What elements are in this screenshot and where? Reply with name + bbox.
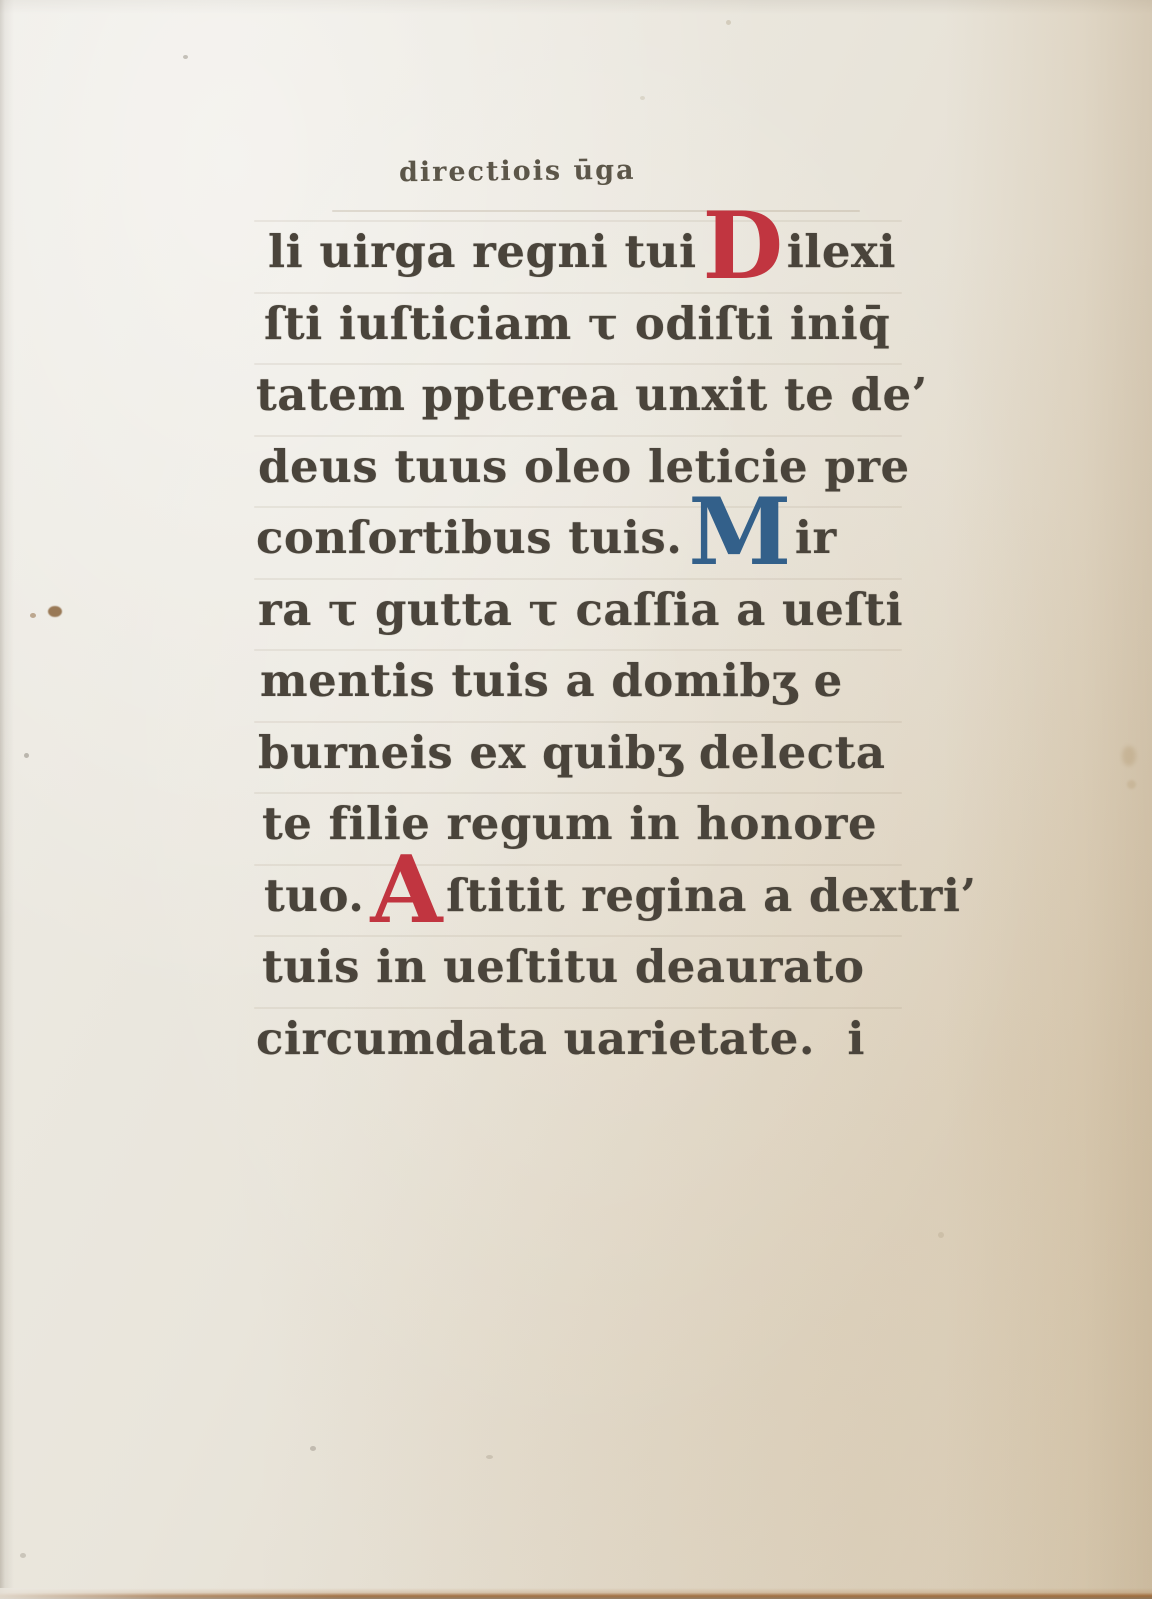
text-line: conſortibus tuis.Mir (256, 508, 837, 580)
stain (1127, 780, 1136, 789)
text-line: circumdata uarietate. i (256, 1009, 865, 1081)
manuscript-photo: directiois ūga li uirga regni tuiDilexiſ… (0, 0, 1152, 1599)
stain (310, 1446, 316, 1451)
text-segment: ſtitit regina a dextri’ (446, 869, 977, 922)
text-line: tuo.Aſtitit regina a dextri’ (264, 866, 977, 938)
illuminated-initial-a: A (370, 835, 443, 944)
text-segment: ra τ gutta τ caſſia a ueſti (258, 583, 903, 636)
text-segment: te filie regum in honore (262, 797, 877, 850)
stain (183, 55, 188, 59)
text-segment: tuis in ueſtitu deaurato (262, 940, 864, 993)
text-line: tatem ppterea unxit te de’ (256, 365, 928, 437)
text-segment: circumdata uarietate. i (256, 1012, 865, 1065)
text-segment: ir (795, 511, 837, 564)
text-line: mentis tuis a domibʒ e (260, 651, 843, 723)
text-line: burneis ex quibʒ delecta (258, 723, 886, 795)
text-segment: deus tuus oleo leticie pre (258, 440, 910, 493)
leaf-bottom-edge (0, 1588, 1152, 1599)
illuminated-initial-m: M (688, 477, 791, 586)
text-segment: li uirga regni tui (268, 225, 697, 278)
stain (30, 613, 36, 618)
stain (726, 20, 731, 25)
text-line: te filie regum in honore (262, 794, 877, 866)
header-annotation: directiois ūga (399, 155, 636, 188)
text-segment: tuo. (264, 869, 364, 922)
text-segment: mentis tuis a domibʒ e (260, 654, 843, 707)
stain (1122, 746, 1136, 766)
text-line: tuis in ueſtitu deaurato (262, 937, 864, 1009)
stain (20, 1553, 26, 1558)
stain (486, 1455, 493, 1459)
text-segment: ilexi (787, 225, 896, 278)
stain (640, 96, 645, 100)
text-segment: burneis ex quibʒ delecta (258, 726, 886, 779)
parchment-leaf: directiois ūga li uirga regni tuiDilexiſ… (0, 0, 1152, 1599)
illuminated-initial-d: D (703, 191, 784, 300)
text-line: li uirga regni tuiDilexi (268, 222, 896, 294)
stain (24, 753, 29, 758)
text-line: ſti iuſticiam τ odiſti iniq̄ (264, 294, 890, 366)
text-segment: tatem ppterea unxit te de’ (256, 368, 928, 421)
text-line: ra τ gutta τ caſſia a ueſti (258, 580, 903, 652)
stain (48, 606, 62, 617)
text-segment: ſti iuſticiam τ odiſti iniq̄ (264, 297, 890, 350)
text-segment: conſortibus tuis. (256, 511, 682, 564)
stain (938, 1232, 944, 1238)
text-line: deus tuus oleo leticie pre (258, 437, 910, 509)
